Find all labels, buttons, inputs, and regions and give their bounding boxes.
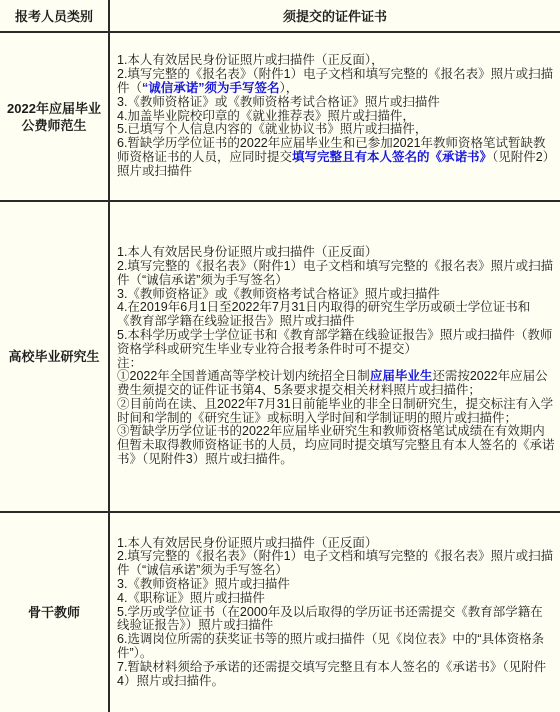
requirement-text: 注：: [117, 356, 142, 370]
requirement-text: 3.《教师资格证》照片或扫描件: [117, 577, 290, 591]
table-header-row: 报考人员类别 须提交的证件证书: [0, 0, 560, 33]
requirement-item: ③暂缺学历学位证书的2022年应届毕业研究生和教师资格笔试成绩在有效期内但暂未取…: [117, 425, 555, 466]
category-cell: 高校毕业研究生: [0, 202, 110, 511]
requirement-text: 5.已填写个人信息内容的《就业协议书》照片或扫描件，: [117, 122, 427, 136]
category-label: 2022年应届毕业: [7, 100, 101, 117]
category-cell: 2022年应届毕业公费师范生: [0, 33, 110, 200]
requirement-text: 6.选调岗位所需的获奖证书等的照片或扫描件（见《岗位表》中的“具体资格条件”）。: [117, 632, 544, 660]
requirement-item: ①2022年全国普通高等学校计划内统招全日制应届毕业生还需按2022年应届公费生…: [117, 370, 555, 398]
requirement-text: ③暂缺学历学位证书的2022年应届毕业研究生和教师资格笔试成绩在有效期内但暂未取…: [117, 424, 555, 466]
requirement-text: ②目前尚在读、且2022年7月31日前能毕业的非全日制研究生，提交标注有入学时间…: [117, 397, 553, 425]
category-label: 公费师范生: [21, 117, 86, 134]
requirements-cell: 1.本人有效居民身份证照片或扫描件（正反面）2.填写完整的《报名表》（附件1）电…: [110, 202, 560, 511]
requirement-text: 5.本科学历或学士学位证书和《教育部学籍在线验证报告》照片或扫描件（教师资格学科…: [117, 328, 552, 356]
header-certificates-cell: 须提交的证件证书: [110, 0, 560, 31]
category-label: 骨干教师: [28, 604, 80, 621]
requirement-item: ②目前尚在读、且2022年7月31日前能毕业的非全日制研究生，提交标注有入学时间…: [117, 398, 555, 426]
highlight-text: 应届毕业生: [370, 369, 433, 383]
requirement-text: 2.填写完整的《报名表》（附件1）电子文档和填写完整的《报名表》照片或扫描件（“…: [117, 259, 553, 287]
requirement-item: 5.学历或学位证书（在2000年及以后取得的学历证书还需提交《教育部学籍在线验证…: [117, 606, 555, 634]
requirement-item: 4.在2019年6月1日至2022年7月31日内取得的研究生学历或硕士学位证书和…: [117, 301, 555, 329]
requirement-text: 3.《教师资格证》或《教师资格考试合格证》照片或扫描件: [117, 95, 440, 109]
requirement-item: 7.暂缺材料须给予承诺的还需提交填写完整且有本人签名的《承诺书》（见附件4）照片…: [117, 661, 555, 689]
requirement-item: 3.《教师资格证》或《教师资格考试合格证》照片或扫描件: [117, 96, 555, 110]
category-cell: 骨干教师: [0, 513, 110, 712]
header-category-cell: 报考人员类别: [0, 0, 110, 31]
header-category-label: 报考人员类别: [15, 6, 93, 25]
certificates-table-document: 报考人员类别 须提交的证件证书 2022年应届毕业公费师范生1.本人有效居民身份…: [0, 0, 560, 712]
requirement-text: ），: [280, 81, 299, 95]
requirement-text: 4.在2019年6月1日至2022年7月31日内取得的研究生学历或硕士学位证书和…: [117, 300, 530, 328]
requirement-item: 3.《教师资格证》照片或扫描件: [117, 578, 555, 592]
requirement-item: 5.本科学历或学士学位证书和《教育部学籍在线验证报告》照片或扫描件（教师资格学科…: [117, 329, 555, 357]
table-row: 高校毕业研究生1.本人有效居民身份证照片或扫描件（正反面）2.填写完整的《报名表…: [0, 202, 560, 513]
highlight-text: “诚信承诺”须为手写签名: [142, 81, 280, 95]
table-body: 2022年应届毕业公费师范生1.本人有效居民身份证照片或扫描件（正反面），2.填…: [0, 33, 560, 712]
highlight-text: 填写完整且有本人签名的《承诺书》: [292, 150, 492, 164]
requirement-item: 2.填写完整的《报名表》（附件1）电子文档和填写完整的《报名表》照片或扫描件（“…: [117, 260, 555, 288]
requirement-text: 1.本人有效居民身份证照片或扫描件（正反面）: [117, 245, 377, 259]
requirement-item: 6.选调岗位所需的获奖证书等的照片或扫描件（见《岗位表》中的“具体资格条件”）。: [117, 633, 555, 661]
requirement-item: 2.填写完整的《报名表》（附件1）电子文档和填写完整的《报名表》照片或扫描件（“…: [117, 550, 555, 578]
table-row: 骨干教师1.本人有效居民身份证照片或扫描件（正反面）2.填写完整的《报名表》（附…: [0, 513, 560, 712]
requirement-text: 7.暂缺材料须给予承诺的还需提交填写完整且有本人签名的《承诺书》（见附件4）照片…: [117, 660, 546, 688]
requirement-text: 1.本人有效居民身份证照片或扫描件（正反面），: [117, 53, 384, 67]
requirement-text: 2.填写完整的《报名表》（附件1）电子文档和填写完整的《报名表》照片或扫描件（“…: [117, 549, 553, 577]
requirement-item: 6.暂缺学历学位证书的2022年应届毕业生和已参加2021年教师资格笔试暂缺教师…: [117, 137, 555, 178]
requirement-text: 1.本人有效居民身份证照片或扫描件（正反面）: [117, 536, 377, 550]
requirement-item: 4.《职称证》照片或扫描件: [117, 592, 555, 606]
header-certificates-label: 须提交的证件证书: [283, 6, 387, 25]
category-label: 高校毕业研究生: [8, 348, 99, 365]
requirements-cell: 1.本人有效居民身份证照片或扫描件（正反面），2.填写完整的《报名表》（附件1）…: [110, 33, 560, 200]
requirement-item: 1.本人有效居民身份证照片或扫描件（正反面）: [117, 246, 555, 260]
requirement-item: 2.填写完整的《报名表》（附件1）电子文档和填写完整的《报名表》照片或扫描件（“…: [117, 68, 555, 96]
requirement-text: 4.《职称证》照片或扫描件: [117, 591, 265, 605]
table-row: 2022年应届毕业公费师范生1.本人有效居民身份证照片或扫描件（正反面），2.填…: [0, 33, 560, 202]
requirement-text: 3.《教师资格证》或《教师资格考试合格证》照片或扫描件: [117, 287, 440, 301]
requirement-text: 4.加盖毕业院校印章的《就业推荐表》照片或扫描件，: [117, 109, 415, 123]
requirements-cell: 1.本人有效居民身份证照片或扫描件（正反面）2.填写完整的《报名表》（附件1）电…: [110, 513, 560, 712]
requirement-text: 5.学历或学位证书（在2000年及以后取得的学历证书还需提交《教育部学籍在线验证…: [117, 605, 543, 633]
requirement-text: ①2022年全国普通高等学校计划内统招全日制: [117, 369, 370, 383]
